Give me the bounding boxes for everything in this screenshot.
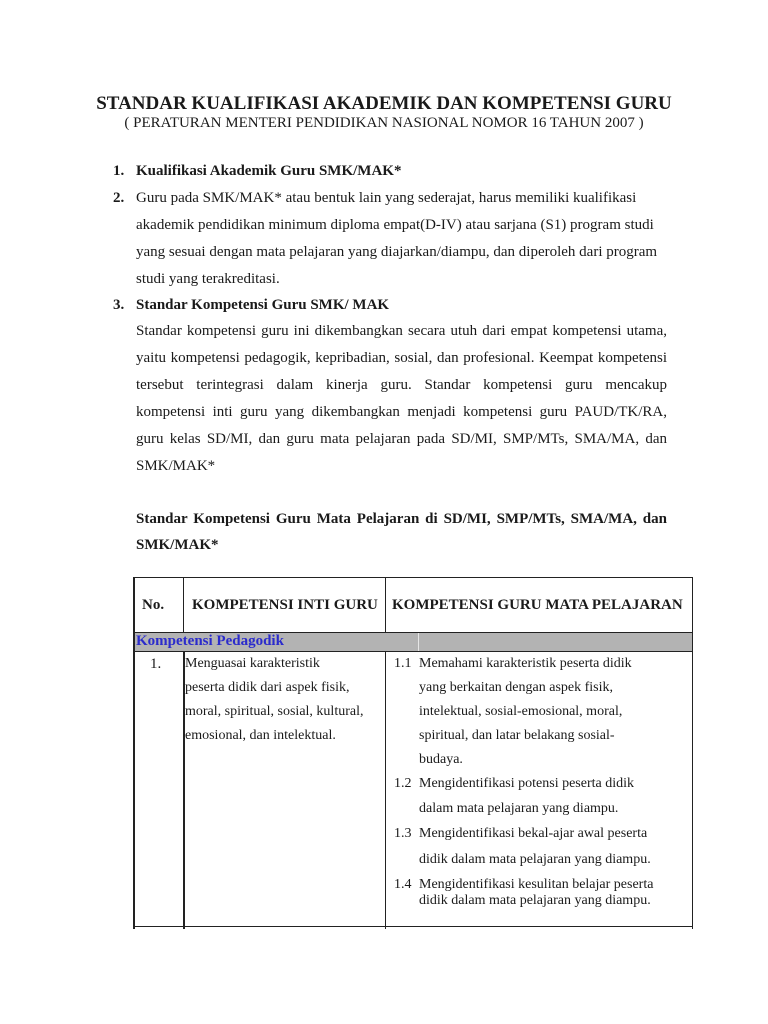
subject-item-line: dalam mata pelajaran yang diampu.	[419, 801, 618, 817]
table-border-bottom	[133, 926, 693, 927]
item-2-line: yang sesuai dengan mata pelajaran yang d…	[136, 244, 657, 261]
item-number-1: 1.	[113, 163, 124, 180]
col-divider-1	[183, 577, 184, 632]
header-no: No.	[142, 597, 164, 614]
header-core-competency: KOMPETENSI INTI GURU	[192, 597, 378, 614]
subject-item-number: 1.4	[394, 877, 412, 893]
table-border-section	[133, 651, 693, 652]
subject-item-number: 1.3	[394, 826, 412, 842]
subject-item-number: 1.2	[394, 776, 412, 792]
section-label-pedagogic: Kompetensi Pedagodik	[136, 633, 284, 650]
subject-item-line: Memahami karakteristik peserta didik	[419, 656, 632, 672]
header-subject-competency: KOMPETENSI GURU MATA PELAJARAN	[392, 597, 683, 614]
section-divider	[418, 633, 419, 651]
subject-item-line: Mengidentifikasi bekal-ajar awal peserta	[419, 826, 647, 842]
core-competency-line: moral, spiritual, sosial, kultural,	[185, 704, 363, 720]
item-number-2: 2.	[113, 190, 124, 207]
subject-item-line: didik dalam mata pelajaran yang diampu.	[419, 893, 651, 909]
subject-item-line: yang berkaitan dengan aspek fisik,	[419, 680, 613, 696]
item-2-line: Guru pada SMK/MAK* atau bentuk lain yang…	[136, 190, 636, 207]
item-3-line: kompetensi inti guru yang dikembangkan m…	[136, 404, 667, 421]
item-2-line: akademik pendidikan minimum diploma empa…	[136, 217, 654, 234]
document-title: STANDAR KUALIFIKASI AKADEMIK DAN KOMPETE…	[0, 93, 768, 115]
col-divider-2	[385, 652, 386, 929]
core-competency-line: emosional, dan intelektual.	[185, 728, 336, 744]
item-3-line: Standar kompetensi guru ini dikembangkan…	[136, 323, 667, 340]
document-subtitle: ( PERATURAN MENTERI PENDIDIKAN NASIONAL …	[0, 115, 768, 132]
subject-item-line: didik dalam mata pelajaran yang diampu.	[419, 852, 651, 868]
item-3-line: yaitu kompetensi pedagogik, kepribadian,…	[136, 350, 667, 367]
table-border-right	[692, 577, 693, 929]
subject-item-line: intelektual, sosial-emosional, moral,	[419, 704, 622, 720]
subject-item-line: budaya.	[419, 752, 463, 768]
col-divider-2	[385, 577, 386, 632]
core-competency-line: peserta didik dari aspek fisik,	[185, 680, 349, 696]
item-3-line: guru kelas SD/MI, dan guru mata pelajara…	[136, 431, 667, 448]
table-heading: Standar Kompetensi Guru Mata Pelajaran d…	[136, 511, 667, 528]
item-heading-3: Standar Kompetensi Guru SMK/ MAK	[136, 297, 389, 314]
subject-item-line: Mengidentifikasi potensi peserta didik	[419, 776, 634, 792]
subject-item-number: 1.1	[394, 656, 412, 672]
core-competency-line: Menguasai karakteristik	[185, 656, 320, 672]
table-border-left	[133, 577, 135, 929]
item-2-line: studi yang terakreditasi.	[136, 271, 280, 288]
subject-item-line: spiritual, dan latar belakang sosial-	[419, 728, 615, 744]
row-number: 1.	[150, 656, 161, 673]
item-number-3: 3.	[113, 297, 124, 314]
item-3-line: tersebut terintegrasi dalam kinerja guru…	[136, 377, 667, 394]
item-heading-1: Kualifikasi Akademik Guru SMK/MAK*	[136, 163, 401, 180]
subject-item-line: Mengidentifikasi kesulitan belajar peser…	[419, 877, 653, 893]
table-heading-cont: SMK/MAK*	[136, 537, 219, 554]
table-border-top	[133, 577, 693, 578]
item-3-line: SMK/MAK*	[136, 458, 215, 475]
